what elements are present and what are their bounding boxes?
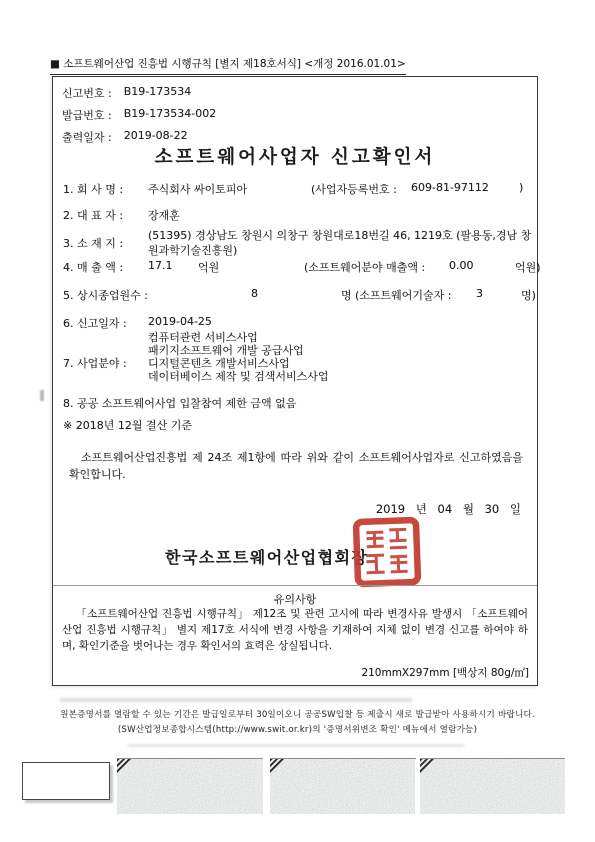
issue-number-value: B19-173534-002 — [124, 107, 216, 123]
basis-note-text: ※ 2018년 12월 결산 기준 — [63, 417, 192, 433]
footer-validity-note: 원본증명서를 열람할 수 있는 기간은 발급일로부터 30일이오니 공공SW입찰… — [0, 708, 595, 720]
issuer-title: 한국소프트웨어산업협회장 — [165, 545, 368, 568]
field-company-label: 1. 회 사 명 : — [63, 181, 123, 197]
field-ceo-value: 장재훈 — [148, 207, 180, 223]
scan-speck — [40, 390, 44, 401]
scan-smudge — [60, 698, 412, 702]
official-seal — [352, 516, 422, 588]
field-employees-value: 8 — [251, 287, 258, 300]
field-employees-sw-label: (소프트웨어기술자 : — [355, 287, 452, 303]
field-employees-sw-unit: 명) — [521, 287, 536, 303]
issue-number-label: 발급번호 : — [62, 107, 112, 123]
notice-body: 「소프트웨어산업 진흥법 시행규칙」 제12조 및 관련 고시에 따라 변경사유… — [62, 607, 528, 654]
field-company-value: 주식회사 싸이토피아 — [148, 181, 247, 197]
security-pattern-block — [270, 758, 416, 814]
confirmation-statement: 소프트웨어산업진흥법 제 24조 제1항에 따라 위와 같이 소프트웨어사업자로… — [69, 449, 523, 483]
field-address-value: (51395) 경상남도 창원시 의창구 창원대로18번길 46, 1219호 … — [148, 228, 532, 258]
field-business-label: 7. 사업분야 : — [63, 355, 127, 371]
paper-spec: 210mmX297mm [백상지 80g/㎡] — [361, 665, 529, 680]
field-employees-label: 5. 상시종업원수 : — [63, 287, 148, 303]
field-employees-unit: 명 — [341, 287, 352, 303]
official-seal-icon — [352, 516, 422, 588]
scanned-document-page: ■ 소프트웨어산업 진흥법 시행규칙 [별지 제18호서식] <개정 2016.… — [0, 0, 595, 842]
field-revenue-sw-unit: 억원) — [515, 259, 541, 275]
field-revenue-value: 17.1 — [148, 259, 173, 272]
report-number-row: 신고번호 : B19-173534 — [62, 85, 191, 101]
notice-divider — [53, 585, 537, 586]
form-reference: ■ 소프트웨어산업 진흥법 시행규칙 [별지 제18호서식] <개정 2016.… — [50, 56, 406, 75]
issue-number-row: 발급번호 : B19-173534-002 — [62, 107, 216, 123]
issue-date: 2019 년 04 월 30 일 — [376, 501, 521, 517]
field-revenue-sw-value: 0.00 — [449, 259, 474, 272]
footer-verification-note: (SW산업정보종합시스템(http://www.swit.or.kr)의 '증명… — [0, 723, 595, 735]
field-revenue-unit: 억원 — [198, 259, 219, 275]
field-bid-limit-text: 8. 공공 소프트웨어사업 입찰참여 제한 금액 없음 — [63, 395, 296, 411]
empty-stamp-box — [22, 762, 110, 800]
security-pattern-block — [117, 758, 263, 814]
field-report-date-value: 2019-04-25 — [148, 315, 212, 328]
security-pattern-block — [420, 758, 565, 814]
field-revenue-sw-label: (소프트웨어분야 매출액 : — [304, 259, 425, 275]
field-employees-sw-value: 3 — [476, 287, 483, 300]
field-address-label: 3. 소 재 지 : — [63, 235, 123, 251]
report-number-value: B19-173534 — [124, 85, 192, 101]
certificate-box: 신고번호 : B19-173534 발급번호 : B19-173534-002 … — [52, 76, 538, 686]
notice-title: 유의사항 — [53, 591, 537, 607]
field-company-reg-label: (사업자등록번호 : — [311, 181, 397, 197]
field-ceo-label: 2. 대 표 자 : — [63, 207, 123, 223]
field-company-reg-close: ) — [519, 181, 523, 194]
field-report-date-label: 6. 신고일자 : — [63, 315, 127, 331]
field-revenue-label: 4. 매 출 액 : — [63, 259, 123, 275]
business-line-4-text: 데이터베이스 제작 및 검색서비스사업 — [148, 368, 329, 384]
report-number-label: 신고번호 : — [62, 85, 112, 101]
scan-smudge — [128, 744, 464, 747]
document-title: 소프트웨어사업자 신고확인서 — [53, 143, 537, 169]
field-company-reg-value: 609-81-97112 — [411, 181, 489, 194]
